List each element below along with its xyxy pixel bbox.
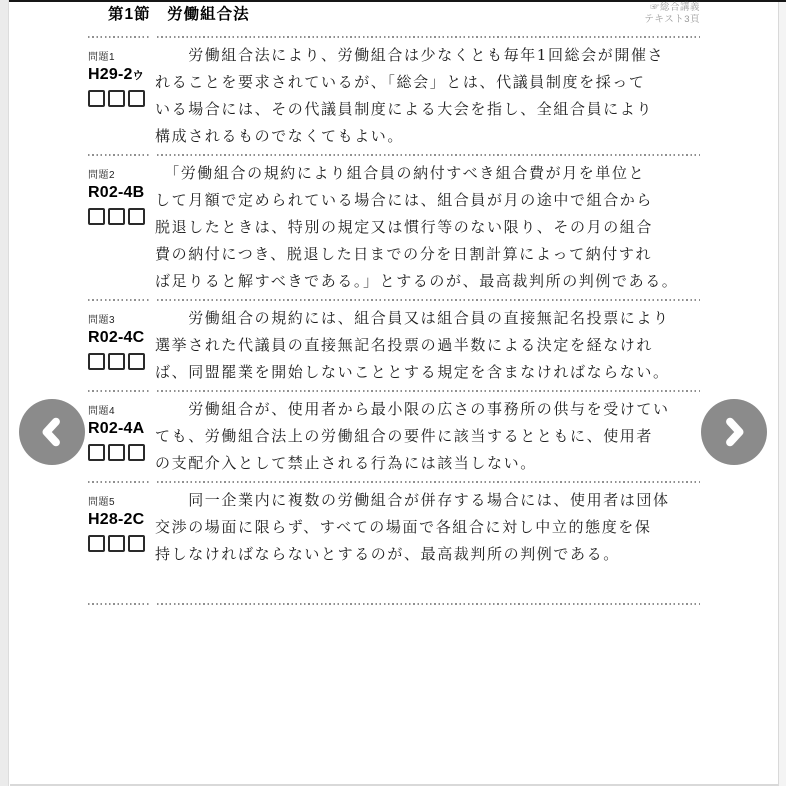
checkbox	[108, 90, 125, 107]
checkbox	[128, 208, 145, 225]
question-text: 労働組合の規約には、組合員又は組合員の直接無記名投票により 選挙された代議員の直…	[155, 305, 700, 386]
question-block: 問題3 R02-4C 労働組合の規約には、組合員又は組合員の直接無記名投票により…	[88, 303, 700, 387]
checkbox	[88, 444, 105, 461]
answer-checkboxes	[88, 444, 155, 461]
page-content: 第1節 労働組合法 ☞総合講義 テキスト3頁 問題1 H29-2ウ 労働組合法に…	[88, 0, 700, 607]
question-meta: 問題5 H28-2C	[88, 487, 155, 568]
question-code-main: R02-4C	[88, 329, 144, 346]
page-left-edge	[0, 0, 9, 786]
next-page-button[interactable]	[701, 399, 767, 465]
question-number: 問題4	[88, 402, 155, 417]
checkbox	[128, 353, 145, 370]
question-number: 問題1	[88, 48, 155, 63]
page-right-edge	[778, 2, 786, 786]
reference-note-line2: テキスト3頁	[644, 14, 700, 26]
checkbox	[88, 208, 105, 225]
question-code: R02-4A	[88, 420, 155, 438]
checkbox	[128, 535, 145, 552]
question-code-main: H28-2C	[88, 511, 144, 528]
checkbox	[108, 353, 125, 370]
dotted-separator	[88, 603, 700, 605]
page-header: 第1節 労働組合法 ☞総合講義 テキスト3頁	[88, 0, 700, 33]
question-code: H29-2ウ	[88, 66, 155, 84]
answer-checkboxes	[88, 208, 155, 225]
section-title: 第1節 労働組合法	[108, 0, 250, 24]
checkbox	[128, 90, 145, 107]
dotted-separator	[88, 390, 700, 392]
question-meta: 問題1 H29-2ウ	[88, 42, 155, 150]
reference-note-line1: ☞総合講義	[644, 2, 700, 14]
answer-checkboxes	[88, 353, 155, 370]
question-meta: 問題4 R02-4A	[88, 396, 155, 477]
dotted-separator	[88, 154, 700, 156]
checkbox	[128, 444, 145, 461]
previous-page-button[interactable]	[19, 399, 85, 465]
dotted-separator	[88, 299, 700, 301]
checkbox	[108, 444, 125, 461]
question-meta: 問題2 R02-4B	[88, 160, 155, 295]
question-meta: 問題3 R02-4C	[88, 305, 155, 386]
question-code-suffix: ウ	[133, 70, 144, 82]
question-number: 問題5	[88, 493, 155, 508]
question-number: 問題3	[88, 311, 155, 326]
checkbox	[88, 535, 105, 552]
chevron-left-icon	[33, 413, 71, 451]
dotted-separator	[88, 481, 700, 483]
question-code: R02-4B	[88, 184, 155, 202]
chevron-right-icon	[715, 413, 753, 451]
question-code-main: R02-4A	[88, 420, 144, 437]
ebook-viewer: 第1節 労働組合法 ☞総合講義 テキスト3頁 問題1 H29-2ウ 労働組合法に…	[0, 0, 786, 786]
question-text: 労働組合が、使用者から最小限の広さの事務所の供与を受けてい ても、労働組合法上の…	[155, 396, 700, 477]
checkbox	[108, 208, 125, 225]
question-number: 問題2	[88, 166, 155, 181]
question-code-main: H29-2	[88, 66, 133, 83]
question-block: 問題1 H29-2ウ 労働組合法により、労働組合は少なくとも毎年1回総会が開催さ…	[88, 40, 700, 151]
reference-note: ☞総合講義 テキスト3頁	[644, 2, 700, 25]
question-code: H28-2C	[88, 511, 155, 529]
checkbox	[88, 353, 105, 370]
dotted-separator	[88, 36, 700, 38]
checkbox	[88, 90, 105, 107]
question-block: 問題2 R02-4B 「労働組合の規約により組合員の納付すべき組合費が月を単位と…	[88, 158, 700, 296]
checkbox	[108, 535, 125, 552]
question-block: 問題5 H28-2C 同一企業内に複数の労働組合が併存する場合には、使用者は団体…	[88, 485, 700, 569]
question-block: 問題4 R02-4A 労働組合が、使用者から最小限の広さの事務所の供与を受けてい…	[88, 394, 700, 478]
question-text: 「労働組合の規約により組合員の納付すべき組合費が月を単位と して月額で定められて…	[155, 160, 700, 295]
question-code: R02-4C	[88, 329, 155, 347]
question-text: 同一企業内に複数の労働組合が併存する場合には、使用者は団体 交渉の場面に限らず、…	[155, 487, 700, 568]
answer-checkboxes	[88, 90, 155, 107]
question-code-main: R02-4B	[88, 184, 144, 201]
answer-checkboxes	[88, 535, 155, 552]
question-text: 労働組合法により、労働組合は少なくとも毎年1回総会が開催さ れることを要求されて…	[155, 42, 700, 150]
